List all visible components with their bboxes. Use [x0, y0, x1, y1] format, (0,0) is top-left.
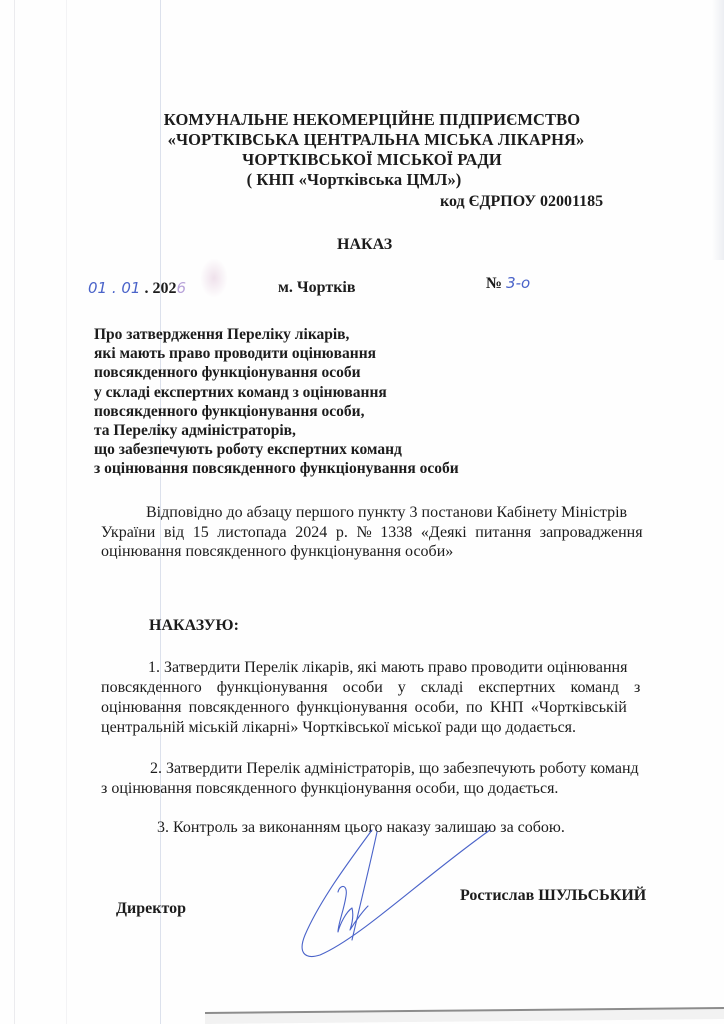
order-number: №3-о: [486, 274, 530, 293]
item-line: 2. Затвердити Перелік адміністраторів, щ…: [101, 759, 687, 779]
item-line: 1. Затвердити Перелік лікарів, які мають…: [101, 658, 687, 678]
number-sign: №: [486, 275, 502, 292]
header-line-3: ЧОРТКІВСЬКОЇ МІСЬКОЇ РАДИ: [10, 150, 724, 170]
header-line-1: КОМУНАЛЬНЕ НЕКОМЕРЦІЙНЕ ПІДПРИЄМСТВО: [10, 110, 724, 130]
order-subject: Про затвердження Переліку лікарів, які м…: [94, 325, 459, 479]
orders-heading: НАКАЗУЮ:: [149, 617, 239, 635]
printed-year-prefix: . 202: [140, 280, 176, 297]
preamble-paragraph: Відповідно до абзацу першого пункту 3 по…: [101, 503, 687, 562]
item-line: повсякденного функціонування особи у скл…: [101, 678, 687, 698]
subject-line: повсякденного функціонування особи,: [94, 402, 459, 421]
subject-line: що забезпечують роботу експертних команд: [94, 440, 459, 459]
item-line: центральній міській лікарні» Чортківсько…: [101, 718, 687, 738]
item-line: з оцінювання повсякденного функціонуванн…: [101, 779, 687, 799]
ink-smudge: [200, 258, 228, 298]
header-line-2: «ЧОРТКІВСЬКА ЦЕНТРАЛЬНА МІСЬКА ЛІКАРНЯ»: [14, 130, 724, 150]
subject-line: з оцінювання повсякденного функціонуванн…: [94, 459, 459, 478]
preamble-line: оцінювання повсякденного функціонування …: [101, 542, 687, 562]
handwritten-order-number: 3-о: [506, 274, 530, 292]
order-title: НАКАЗ: [337, 236, 392, 254]
header-line-4: ( КНП «Чортківська ЦМЛ»): [0, 170, 716, 190]
order-city: м. Чортків: [278, 279, 356, 297]
preamble-line: України від 15 листопада 2024 р. № 1338 …: [101, 523, 687, 543]
signatory-position: Директор: [116, 900, 186, 918]
scanned-page: КОМУНАЛЬНЕ НЕКОМЕРЦІЙНЕ ПІДПРИЄМСТВО «ЧО…: [0, 0, 724, 1024]
preamble-line: Відповідно до абзацу першого пункту 3 по…: [101, 503, 687, 523]
subject-line: які мають право проводити оцінювання: [94, 344, 459, 363]
edrpou-code: код ЄДРПОУ 02001185: [440, 193, 603, 211]
handwritten-day-month: 01 . 01: [88, 279, 140, 297]
subject-line: повсякденного функціонування особи: [94, 363, 459, 382]
order-item-2: 2. Затвердити Перелік адміністраторів, щ…: [101, 759, 687, 799]
subject-line: та Переліку адміністраторів,: [94, 421, 459, 440]
item-line: оцінювання повсякденного функціонування …: [101, 698, 687, 718]
handwritten-signature-icon: [280, 820, 500, 970]
order-date: 01 . 01 . 2026: [88, 279, 186, 298]
order-item-1: 1. Затвердити Перелік лікарів, які мають…: [101, 658, 687, 738]
subject-line: Про затвердження Переліку лікарів,: [94, 325, 459, 344]
subject-line: у складі експертних команд з оцінювання: [94, 383, 459, 402]
handwritten-year-digit: 6: [176, 279, 186, 297]
